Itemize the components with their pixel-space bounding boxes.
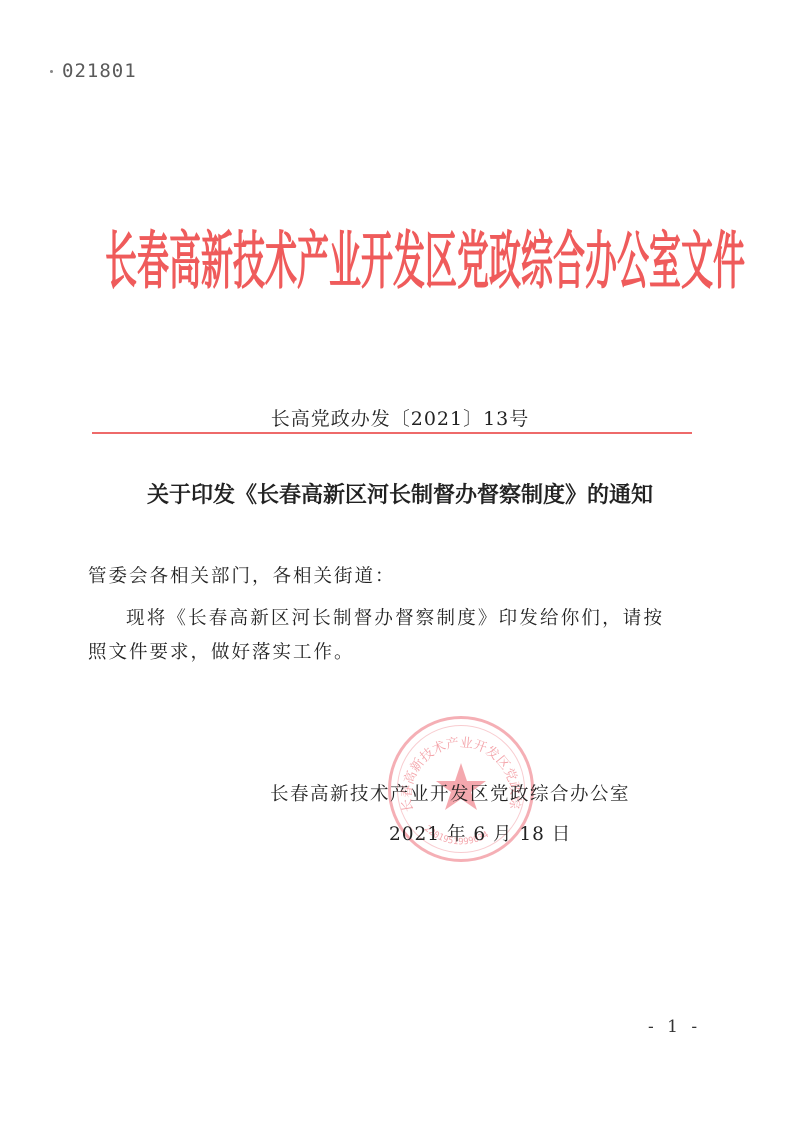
salutation: 管委会各相关部门，各相关街道：	[88, 562, 396, 588]
issuer-header-container: 长春高新技术产业开发区党政综合办公室文件	[105, 222, 695, 306]
red-divider-rule	[92, 432, 692, 434]
issuer-header: 长春高新技术产业开发区党政综合办公室文件	[105, 222, 745, 300]
document-number: 长高党政办发〔2021〕13号	[0, 404, 800, 431]
document-title: 关于印发《长春高新区河长制督办督察制度》的通知	[0, 478, 800, 509]
issue-date: 2021 年 6 月 18 日	[389, 820, 571, 846]
scan-dot	[50, 70, 53, 73]
body-paragraph-line-2: 照文件要求，做好落实工作。	[88, 638, 355, 664]
serial-number: 021801	[62, 60, 137, 82]
page-number: - 1 -	[648, 1017, 701, 1037]
signature-organization: 长春高新技术产业开发区党政综合办公室	[270, 780, 630, 806]
body-paragraph-line-1: 现将《长春高新区河长制督办督察制度》印发给你们，请按	[126, 604, 664, 630]
